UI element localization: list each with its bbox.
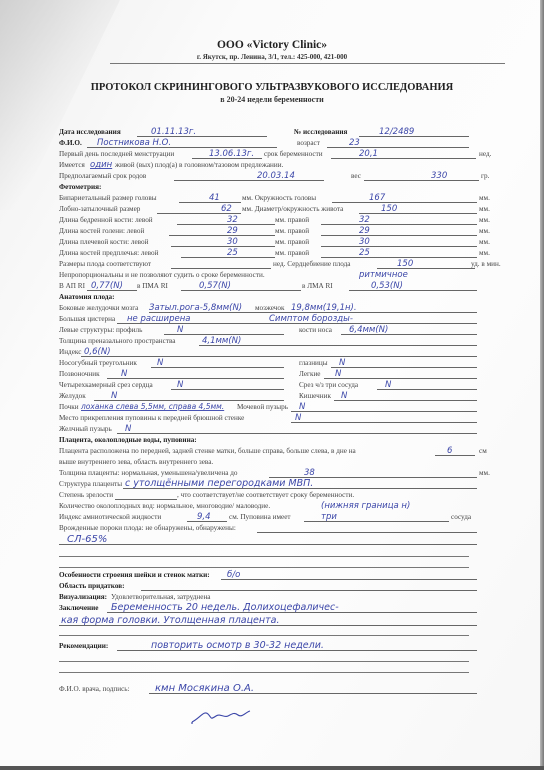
row-profile: Левые структуры: профиль N кости носа 6,… (59, 325, 479, 336)
conclusion-line-2: кая форма головки. Утолщенная плацента. (61, 616, 280, 626)
row-prenasal: Толщина преназального пространства 4,1мм… (59, 336, 479, 347)
age-value: 23 (349, 138, 360, 148)
cord-vessels-unit: сосуда (451, 512, 471, 523)
orbits-value: N (339, 358, 345, 368)
humerus-left-value: 30 (227, 237, 238, 247)
row-stomach: Желудок N Кишечник N (59, 391, 479, 402)
ua-label: В АП RI (59, 281, 85, 292)
row-placenta-structure: Структура плаценты с утолщёнными перегор… (59, 479, 479, 490)
age-label: возраст (297, 138, 320, 149)
bladder-value: N (299, 402, 305, 412)
row-cord-insert: Место прикрепления пуповины к передней б… (59, 413, 479, 424)
index-label: Индекс (59, 347, 81, 358)
gallbladder-label: Желчный пузырь (59, 424, 112, 435)
row-bpd: Бипариетальный размер головы 41 мм. Окру… (59, 193, 479, 204)
date-label: Дата исследования (59, 127, 121, 138)
femur-left-value: 32 (227, 215, 238, 225)
document-page: ООО «Victory Clinic» г. Якутск, пр. Лени… (0, 0, 544, 770)
bowel-label: Кишечник (299, 391, 331, 402)
lungs-value: N (335, 369, 341, 379)
conclusion-label: Заключение (59, 603, 99, 614)
fetometry-heading-row: Фетометрия: (59, 182, 479, 193)
thickness-value: 38 (304, 468, 315, 478)
document-subtitle: в 20-24 недели беременности (0, 95, 544, 104)
row-placenta-location2: выше внутреннего зева, область внутренне… (59, 457, 479, 468)
cord-insert-label: Место прикрепления пуповины к передней б… (59, 413, 244, 424)
row-forearm: Длина костей предплечья: левой 25 мм. пр… (59, 248, 479, 259)
doctor-value: кмн Мосякина О.А. (155, 684, 254, 694)
weight-value: 330 (431, 171, 447, 181)
fluid-value: (нижняя граница н) (321, 501, 410, 511)
bowel-value: N (341, 391, 347, 401)
femur-right-value: 32 (359, 215, 370, 225)
lmp-value: 13.06.13г. (209, 149, 254, 159)
stomach-label: Желудок (59, 391, 86, 402)
cervix-value: б/о (227, 570, 240, 580)
placenta-location-text2: выше внутреннего зева, область внутренне… (59, 457, 213, 468)
cord-vessels-value: три (321, 512, 337, 522)
row-fetus-count: Имеется один живой (вых) плод(а) в голов… (59, 160, 479, 171)
ofd-value: 62 (221, 204, 232, 214)
row-humerus: Длина плечевой кости: левой 30 мм. право… (59, 237, 479, 248)
row-femur: Длина бедренной кости: левой 32 мм. прав… (59, 215, 479, 226)
size-unit: нед. Сердцебиение плода (273, 259, 351, 270)
term-label: срок беременности (264, 149, 323, 160)
row-cisterna: Большая цистерна не расширена Симптом бо… (59, 314, 479, 325)
number-value: 12/2489 (379, 127, 414, 137)
row-ventricles: Боковые желудочки мозга Затыл.рога-5,8мм… (59, 303, 479, 314)
profile-label: Левые структуры: профиль (59, 325, 142, 336)
row-defects: Врожденные пороки плода: не обнаружены, … (59, 523, 479, 534)
rmca-value: 0,57(N) (199, 281, 231, 291)
size-label: Размеры плода соответствуют (59, 259, 151, 270)
row-disproportion: Непропорциональны и не позволяют судить … (59, 270, 479, 281)
row-kidneys: Почки лоханка слева 5,5мм, справа 4,5мм.… (59, 402, 479, 413)
index-value: 0,6(N) (84, 347, 111, 357)
visualization-label: Визуализация: (59, 592, 107, 603)
cisterna-label: Большая цистерна (59, 314, 115, 325)
humerus-right-value: 30 (359, 237, 370, 247)
afi-unit: см. Пуповина имеет (229, 512, 291, 523)
lmca-label: в ЛМА RI (302, 281, 333, 292)
scan-edge (540, 0, 544, 770)
cisterna-extra: Симптом борозды- (269, 314, 353, 324)
tibia-label: Длина костей голени: левой (59, 226, 144, 237)
ac-value: 150 (381, 204, 397, 214)
maturity-label: Степень зрелости (59, 490, 113, 501)
ofd-label: Лобно-затылочный размер (59, 204, 140, 215)
cervix-label: Особенности строения шейки и стенок матк… (59, 570, 210, 581)
fetus-count-value: один (90, 160, 112, 170)
row-conclusion-1: Заключение Беременность 20 недель. Долих… (59, 603, 479, 614)
conclusion-line-1: Беременность 20 недель. Долихоцефаличес- (111, 603, 339, 613)
row-afi: Индекс амниотической жидкости 9,4 см. Пу… (59, 512, 479, 523)
ua-value: 0,77(N) (91, 281, 123, 291)
profile-value: N (177, 325, 183, 335)
forearm-left-value: 25 (227, 248, 238, 258)
afi-value: 9,4 (197, 512, 211, 522)
row-cervix: Особенности строения шейки и стенок матк… (59, 570, 479, 581)
bladder-label: Мочевой пузырь (237, 402, 288, 413)
hc-value: 167 (369, 193, 385, 203)
recommendations-value: повторить осмотр в 30-32 недели. (151, 641, 324, 651)
forearm-label: Длина костей предплечья: левой (59, 248, 158, 259)
adnexa-label: Область придатков: (59, 581, 125, 592)
header-divider (110, 63, 505, 64)
spine-label: Позвоночник (59, 369, 100, 380)
placenta-location-value: 6 (447, 446, 452, 456)
afi-label: Индекс амниотической жидкости (59, 512, 161, 523)
term-value: 20,1 (359, 149, 378, 159)
due-label: Предполагаемый срок родов (59, 171, 146, 182)
prenasal-value: 4,1мм(N) (202, 336, 241, 346)
fetometry-heading: Фетометрия: (59, 182, 101, 193)
bpd-value: 41 (209, 193, 220, 203)
nasolabial-label: Носогубный треугольник (59, 358, 137, 369)
structure-label: Структура плаценты (59, 479, 122, 490)
scan-edge-bottom (0, 766, 544, 770)
placenta-heading: Плацента, околоплодные воды, пуповина: (59, 435, 197, 446)
heartrate-value: 150 (397, 259, 413, 269)
row-conclusion-2: кая форма головки. Утолщенная плацента. (59, 616, 479, 627)
nasal-label: кости носа (299, 325, 332, 336)
row-maturity: Степень зрелости , что соответствует/не … (59, 490, 479, 501)
gallbladder-value: N (125, 424, 131, 434)
placenta-location-text: Плацента расположена по передней, задней… (59, 446, 356, 457)
recommendations-label: Рекомендации: (59, 641, 108, 652)
anatomy-heading: Анатомия плода: (59, 292, 115, 303)
heart4-value: N (177, 380, 183, 390)
signature-icon (190, 706, 260, 726)
clinic-address: г. Якутск, пр. Ленина, 3/1, тел.: 425-00… (0, 53, 544, 61)
row-fio: Ф.И.О. Постникова Н.О. возраст 23 (59, 138, 479, 149)
weight-unit: гр. (481, 171, 489, 182)
document-title: ПРОТОКОЛ СКРИНИНГОВОГО УЛЬТРАЗВУКОВОГО И… (0, 82, 544, 93)
row-spine: Позвоночник N Легкие N (59, 369, 479, 380)
row-date: Дата исследования 01.11.13г. № исследова… (59, 127, 479, 138)
due-value: 20.03.14 (257, 171, 295, 181)
prenasal-label: Толщина преназального пространства (59, 336, 175, 347)
vessels3-value: N (385, 380, 391, 390)
vessels3-label: Срез ч/з три сосуда (299, 380, 358, 391)
disproportion-label: Непропорциональны и не позволяют судить … (59, 270, 265, 281)
fio-label: Ф.И.О. (59, 138, 82, 149)
row-defects-value: СЛ-65% (59, 535, 479, 546)
nasal-value: 6,4мм(N) (349, 325, 388, 335)
date-value: 01.11.13г. (151, 127, 196, 137)
humerus-label: Длина плечевой кости: левой (59, 237, 148, 248)
row-ofd: Лобно-затылочный размер 62 мм. Диаметр/о… (59, 204, 479, 215)
fetus-prefix: Имеется (59, 160, 85, 171)
weight-label: вес (351, 171, 361, 182)
row-doppler: В АП RI 0,77(N) в ПМА RI 0,57(N) в ЛМА R… (59, 281, 479, 292)
spine-value: N (121, 369, 127, 379)
maturity-text: , что соответствует/не соответствует сро… (177, 490, 354, 501)
fluid-label: Количество околоплодных вод: нормальное,… (59, 501, 270, 512)
cord-insert-value: N (295, 413, 301, 423)
defects-value: СЛ-65% (67, 535, 107, 545)
row-lmp: Первый день последней менструации 13.06.… (59, 149, 479, 160)
row-gallbladder: Желчный пузырь N (59, 424, 479, 435)
hc-label: мм. Окружность головы (242, 193, 316, 204)
row-fluid: Количество околоплодных вод: нормальное,… (59, 501, 479, 512)
kidneys-value: лоханка слева 5,5мм, справа 4,5мм. (81, 402, 224, 412)
ac-label: мм. Диаметр/окружность живота (242, 204, 343, 215)
cisterna-value: не расширена (127, 314, 190, 324)
clinic-name: ООО «Victory Clinic» (0, 39, 544, 51)
term-unit: нед. (479, 149, 491, 160)
femur-label: Длина бедренной кости: левой (59, 215, 153, 226)
stomach-value: N (111, 391, 117, 401)
row-index: Индекс 0,6(N) (59, 347, 479, 358)
lmp-label: Первый день последней менструации (59, 149, 174, 160)
row-tibia: Длина костей голени: левой 29 мм. правой… (59, 226, 479, 237)
heartrate-unit: уд. в мин. (471, 259, 501, 270)
ventricles-label: Боковые желудочки мозга (59, 303, 138, 314)
lungs-label: Легкие (299, 369, 321, 380)
heart4-label: Четырехкамерный срез сердца (59, 380, 153, 391)
number-label: № исследования (294, 127, 347, 138)
row-nasolabial: Носогубный треугольник N глазницы N (59, 358, 479, 369)
defects-label: Врожденные пороки плода: не обнаружены, … (59, 523, 236, 534)
row-recommendations: Рекомендации: повторить осмотр в 30-32 н… (59, 641, 479, 652)
doctor-label: Ф.И.О. врача, подпись: (59, 684, 130, 695)
row-due-date: Предполагаемый срок родов 20.03.14 вес 3… (59, 171, 479, 182)
tibia-right-value: 29 (359, 226, 370, 236)
bpd-label: Бипариетальный размер головы (59, 193, 157, 204)
nasolabial-value: N (157, 358, 163, 368)
fio-value: Постникова Н.О. (97, 138, 171, 148)
forearm-right-value: 25 (359, 248, 370, 258)
tibia-left-value: 29 (227, 226, 238, 236)
lmca-value: 0,53(N) (371, 281, 403, 291)
heartrate-note: ритмичное (359, 270, 408, 280)
row-doctor: Ф.И.О. врача, подпись: кмн Мосякина О.А. (59, 684, 479, 695)
fetus-suffix: живой (вых) плод(а) в головном/тазовом п… (115, 160, 283, 171)
row-heart: Четырехкамерный срез сердца N Срез ч/з т… (59, 380, 479, 391)
row-size-heartrate: Размеры плода соответствуют нед. Сердцеб… (59, 259, 479, 270)
row-adnexa: Область придатков: (59, 581, 479, 592)
row-placenta-location: Плацента расположена по передней, задней… (59, 446, 479, 457)
structure-value: с утолщёнными перегородками МВП. (125, 479, 313, 489)
orbits-label: глазницы (299, 358, 328, 369)
kidneys-label: Почки (59, 402, 79, 413)
rmca-label: в ПМА RI (137, 281, 168, 292)
